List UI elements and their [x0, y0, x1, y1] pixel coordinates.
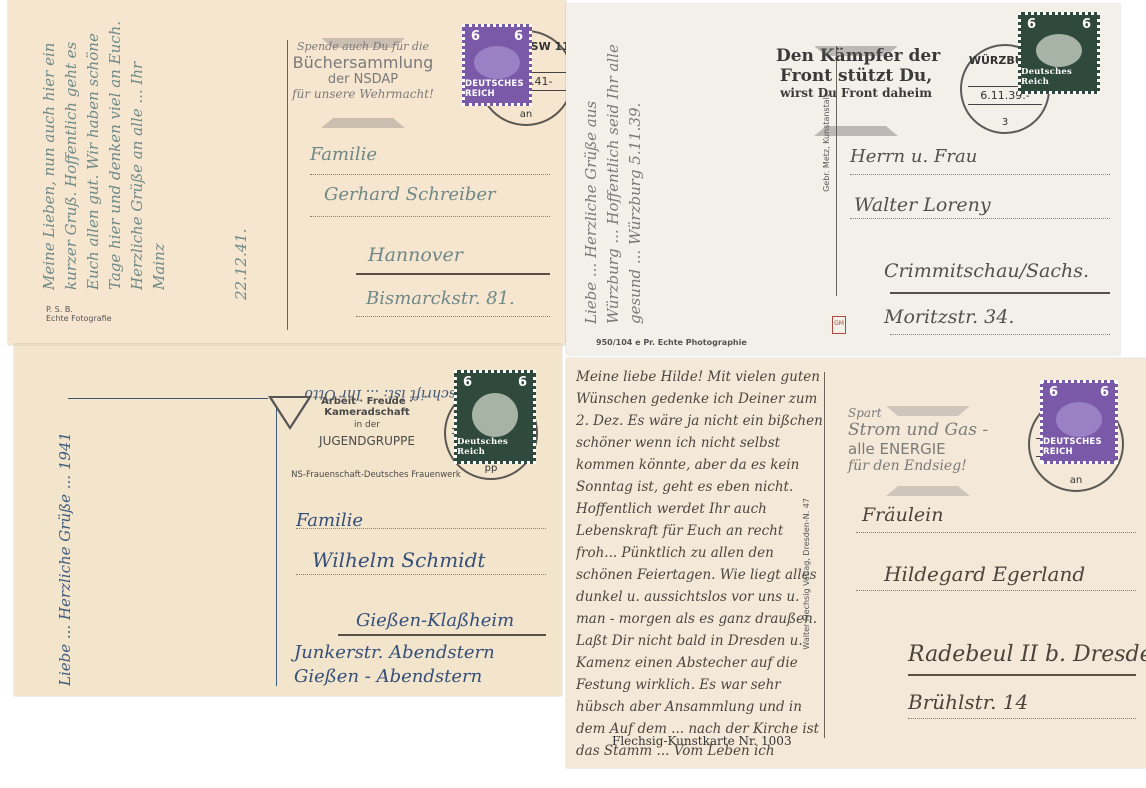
address-rule: [296, 574, 546, 575]
portrait-icon: [472, 393, 518, 437]
publisher-logo-icon: GM: [832, 316, 846, 334]
portrait-icon: [1036, 34, 1082, 67]
address-line: Walter Loreny: [854, 194, 991, 216]
address-block: Herrn u. Frau Walter Loreny Crimmitschau…: [850, 144, 1110, 334]
handwritten-message: Meine liebe Hilde! Mit vielen guten Wüns…: [576, 366, 826, 766]
address-block: Fräulein Hildegard Egerland Radebeul II …: [856, 504, 1146, 744]
handwritten-message: Liebe ... Herzliche Grüße ... 1941: [54, 396, 294, 686]
slogan-cancel: Spende auch Du für die Büchersammlung de…: [288, 40, 438, 125]
iron-cross-icon: [886, 406, 970, 496]
address-rule: [908, 674, 1136, 676]
postcard-bottom-right: Meine liebe Hilde! Mit vielen guten Wüns…: [566, 358, 1146, 768]
stamp-value: 6: [1049, 385, 1058, 400]
address-rule: [850, 174, 1110, 175]
stamp-value: 6: [471, 29, 480, 44]
address-line: Hannover: [368, 244, 463, 266]
postcard-top-right: Liebe ... Herzliche Grüße aus Würzburg .…: [566, 4, 1120, 355]
stamp-value: 6: [1082, 17, 1091, 32]
slogan-line: JUGENDGRUPPE: [312, 434, 422, 448]
postmark-code: an: [480, 109, 572, 120]
address-line: Gerhard Schreiber: [324, 184, 496, 205]
publisher-imprint: P. S. B. Echte Fotografie: [46, 305, 112, 323]
address-line: Familie: [310, 144, 377, 165]
address-rule: [356, 273, 550, 275]
address-block: Familie Wilhelm Schmidt Gießen-Klaßheim …: [286, 510, 546, 690]
iron-cross-icon: [321, 38, 405, 128]
address-line: Herrn u. Frau: [850, 146, 977, 167]
postage-stamp: 66 Deutsches Reich: [1018, 12, 1100, 94]
address-block: Familie Gerhard Schreiber Hannover Bisma…: [310, 138, 550, 328]
postmark-code: 3: [962, 117, 1048, 128]
address-line: Brühlstr. 14: [908, 690, 1028, 714]
address-line: Radebeul II b. Dresden: [908, 642, 1146, 667]
address-rule: [296, 528, 546, 529]
publisher-imprint: 950/104 e Pr. Echte Photographie: [596, 338, 747, 347]
address-rule: [890, 292, 1110, 294]
address-line: Gießen - Abendstern: [294, 666, 482, 687]
publisher-imprint: Flechsig-Kunstkarte Nr. 1003: [612, 734, 792, 748]
address-rule: [890, 334, 1110, 335]
iron-cross-icon: [814, 46, 898, 136]
postcard-bottom-left: Meine Anschrift ist: ... Ihr Otto Liebe …: [14, 344, 562, 696]
slogan-cancel: Spart Strom und Gas - alle ENERGIE für d…: [848, 406, 1008, 496]
postage-stamp: 66 DEUTSCHES REICH: [1040, 380, 1118, 464]
rune-badge-inner: [272, 398, 308, 426]
address-line: Gießen-Klaßheim: [356, 610, 514, 631]
address-rule: [356, 316, 550, 317]
slogan-cancel: Den Kämpfer der Front stützt Du, wirst D…: [776, 46, 936, 136]
portrait-icon: [1056, 402, 1102, 437]
stamp-value: 6: [514, 29, 523, 44]
stamp-country: Deutsches Reich: [457, 437, 533, 461]
side-imprint: Walter Flechsig Verlag, Dresden-N. 47: [802, 498, 811, 650]
address-rule: [850, 218, 1110, 219]
address-rule: [310, 174, 550, 175]
address-rule: [856, 590, 1136, 591]
stamp-country: DEUTSCHES REICH: [465, 79, 529, 103]
card-divider: [276, 396, 277, 686]
address-line: Hildegard Egerland: [884, 562, 1085, 586]
address-line: Bismarckstr. 81.: [366, 288, 515, 309]
address-rule: [338, 634, 546, 636]
address-line: Crimmitschau/Sachs.: [884, 260, 1089, 282]
address-rule: [908, 718, 1136, 719]
imprint-line: P. S. B.: [46, 305, 112, 314]
address-line: Fräulein: [862, 504, 943, 526]
postmark-code: pp: [446, 463, 536, 474]
stamp-value: 6: [463, 375, 472, 390]
postage-stamp: 66 DEUTSCHES REICH: [462, 24, 532, 106]
stamp-country: DEUTSCHES REICH: [1043, 437, 1115, 461]
address-rule: [310, 216, 550, 217]
address-rule: [856, 532, 1136, 533]
slogan-line: in der: [312, 420, 422, 430]
slogan-line: Kameradschaft: [312, 407, 422, 418]
postage-stamp: 66 Deutsches Reich: [454, 370, 536, 464]
slogan-cancel: Arbeit · Freude · Kameradschaft in der J…: [312, 396, 422, 448]
message-date: 22.12.41.: [230, 190, 254, 300]
stamp-value: 6: [1027, 17, 1036, 32]
address-line: Junkerstr. Abendstern: [294, 642, 495, 663]
stamp-value: 6: [1100, 385, 1109, 400]
postcard-top-left: Meine Lieben, nun auch hier ein kurzer G…: [8, 0, 566, 345]
stamp-value: 6: [518, 375, 527, 390]
slogan-line: Arbeit · Freude ·: [312, 396, 422, 407]
portrait-icon: [474, 46, 520, 79]
imprint-line: Echte Fotografie: [46, 314, 112, 323]
address-line: Moritzstr. 34.: [884, 306, 1014, 328]
card-divider: [824, 372, 825, 738]
address-line: Wilhelm Schmidt: [312, 548, 485, 572]
postmark-code: an: [1030, 475, 1122, 486]
stamp-country: Deutsches Reich: [1021, 67, 1097, 91]
